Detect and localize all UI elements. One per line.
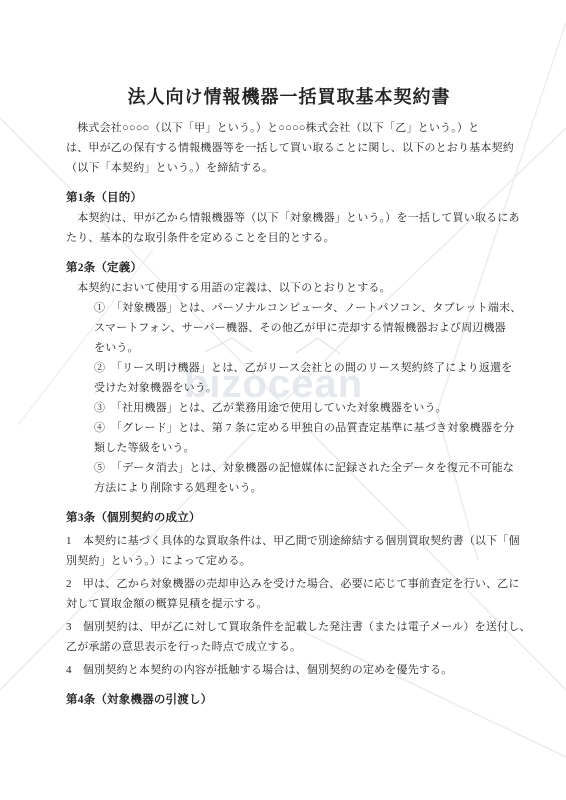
article-heading: 第1条（目的） [66,188,512,208]
definition-item: ④ 「グレード」とは、第 7 条に定める甲独自の品質査定基準に基づき対象機器を分… [94,418,512,458]
text-line: 株式会社○○○○（以下「甲」という。）と○○○○株式会社（以下「乙」という。）と [66,118,512,138]
text-line: ② 「リース明け機器」とは、乙がリース会社との間のリース契約終了により返還を [94,358,512,378]
numbered-clause: 2 甲は、乙から対象機器の売却申込みを受けた場合、必要に応じて事前査定を行い、乙… [66,574,512,614]
text-line: 3 個別契約は、甲が乙に対して買取条件を記載した発注書（または電子メール）を送付… [66,617,512,637]
text-line: 4 個別契約と本契約の内容が抵触する場合は、個別契約の定めを優先する。 [66,660,512,680]
numbered-clause: 4 個別契約と本契約の内容が抵触する場合は、個別契約の定めを優先する。 [66,660,512,680]
text-line: 対して買取金額の概算見積を提示する。 [66,594,512,614]
text-line: 第1条（目的） [66,188,512,208]
text-line: ④ 「グレード」とは、第 7 条に定める甲独自の品質査定基準に基づき対象機器を分 [94,418,512,438]
contract-body: 株式会社○○○○（以下「甲」という。）と○○○○株式会社（以下「乙」という。）と… [66,118,512,710]
text-line: ① 「対象機器」とは、パーソナルコンピュータ、ノートパソコン、タブレット端末、 [94,298,512,318]
definition-item: ③ 「社用機器」とは、乙が業務用途で使用していた対象機器をいう。 [94,398,512,418]
article-heading: 第3条（個別契約の成立） [66,508,512,528]
definition-item: ⑤ 「データ消去」とは、対象機器の記憶媒体に記録された全データを復元不可能な方法… [94,458,512,498]
article-heading: 第2条（定義） [66,258,512,278]
text-line: 1 本契約に基づく具体的な買取条件は、甲乙間で別途締結する個別買取契約書（以下「… [66,531,512,551]
text-line: 受けた対象機器をいう。 [94,378,512,398]
text-line: ③ 「社用機器」とは、乙が業務用途で使用していた対象機器をいう。 [94,398,512,418]
contract-document: 法人向け情報機器一括買取基本契約書 株式会社○○○○（以下「甲」という。）と○○… [66,86,512,710]
text-line: 本契約は、甲が乙から情報機器等（以下「対象機器」という。）を一括して買い取るにあ [66,208,512,228]
text-line: スマートフォン、サーバー機器、その他乙が甲に売却する情報機器および周辺機器 [94,318,512,338]
numbered-clause: 1 本契約に基づく具体的な買取条件は、甲乙間で別途締結する個別買取契約書（以下「… [66,531,512,571]
definition-item: ① 「対象機器」とは、パーソナルコンピュータ、ノートパソコン、タブレット端末、ス… [94,298,512,358]
text-line: 乙が承諾の意思表示を行った時点で成立する。 [66,637,512,657]
text-line: 2 甲は、乙から対象機器の売却申込みを受けた場合、必要に応じて事前査定を行い、乙… [66,574,512,594]
text-line: 第3条（個別契約の成立） [66,508,512,528]
text-line: （以下「本契約」という。）を締結する。 [66,158,512,178]
text-line: をいう。 [94,338,512,358]
document-paragraph: 本契約は、甲が乙から情報機器等（以下「対象機器」という。）を一括して買い取るにあ… [66,208,512,248]
text-line: たり、基本的な取引条件を定めることを目的とする。 [66,228,512,248]
document-page: { "page": { "width": 566, "height": 800,… [0,0,566,800]
numbered-clause: 3 個別契約は、甲が乙に対して買取条件を記載した発注書（または電子メール）を送付… [66,617,512,657]
text-line: は、甲が乙の保有する情報機器等を一括して買い取ることに関し、以下のとおり基本契約 [66,138,512,158]
text-line: 別契約」という。）によって定める。 [66,551,512,571]
document-paragraph: 本契約において使用する用語の定義は、以下のとおりとする。 [66,278,512,298]
definition-item: ② 「リース明け機器」とは、乙がリース会社との間のリース契約終了により返還を受け… [94,358,512,398]
document-paragraph: 株式会社○○○○（以下「甲」という。）と○○○○株式会社（以下「乙」という。）と… [66,118,512,178]
text-line: 第4条（対象機器の引渡し） [66,690,512,710]
text-line: 第2条（定義） [66,258,512,278]
contract-title: 法人向け情報機器一括買取基本契約書 [66,86,512,108]
text-line: 類した等級をいう。 [94,438,512,458]
text-line: 方法により削除する処理をいう。 [94,478,512,498]
text-line: ⑤ 「データ消去」とは、対象機器の記憶媒体に記録された全データを復元不可能な [94,458,512,478]
text-line: 本契約において使用する用語の定義は、以下のとおりとする。 [66,278,512,298]
article-heading: 第4条（対象機器の引渡し） [66,690,512,710]
